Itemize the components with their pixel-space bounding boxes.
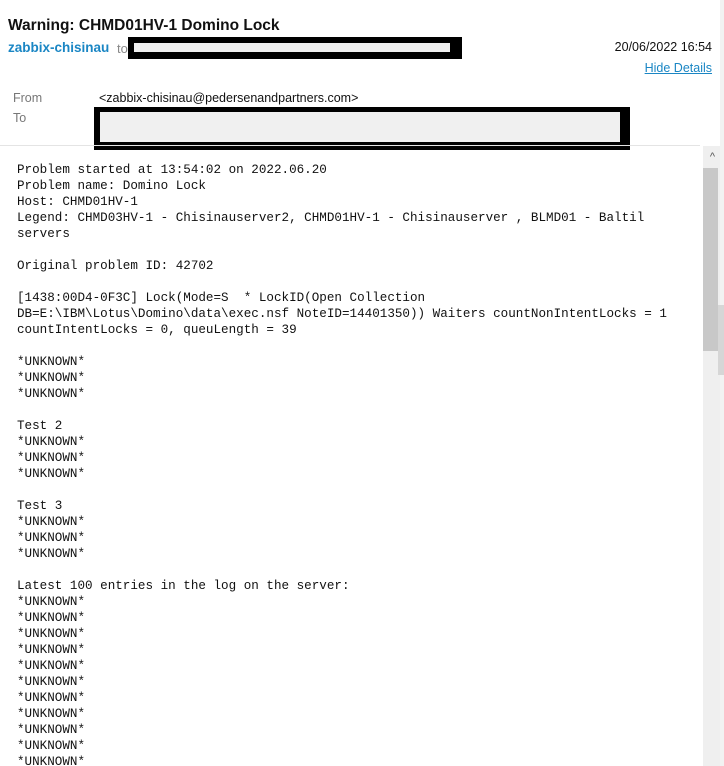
to-addresses-redaction <box>94 107 630 150</box>
redacted-to-addresses <box>100 112 620 142</box>
outer-scrollbar-thumb[interactable] <box>718 305 724 375</box>
message-subject: Warning: CHMD01HV-1 Domino Lock <box>8 17 280 35</box>
to-label: To <box>13 111 26 125</box>
outer-scrollbar-track[interactable] <box>720 0 724 766</box>
from-address: <zabbix-chisinau@pedersenandpartners.com… <box>99 91 358 105</box>
to-word: to <box>117 41 128 56</box>
message-body-text: Problem started at 13:54:02 on 2022.06.2… <box>17 162 687 766</box>
sender-name-link[interactable]: zabbix-chisinau <box>8 40 109 55</box>
message-header: Warning: CHMD01HV-1 Domino Lock zabbix-c… <box>0 0 724 148</box>
from-label: From <box>13 91 42 105</box>
scrollbar-thumb[interactable] <box>703 168 718 351</box>
message-body: Problem started at 13:54:02 on 2022.06.2… <box>0 146 700 766</box>
redacted-recipients <box>134 43 450 52</box>
hide-details-link[interactable]: Hide Details <box>645 61 712 75</box>
message-date: 20/06/2022 16:54 <box>615 40 712 54</box>
recipients-redaction <box>128 37 462 59</box>
